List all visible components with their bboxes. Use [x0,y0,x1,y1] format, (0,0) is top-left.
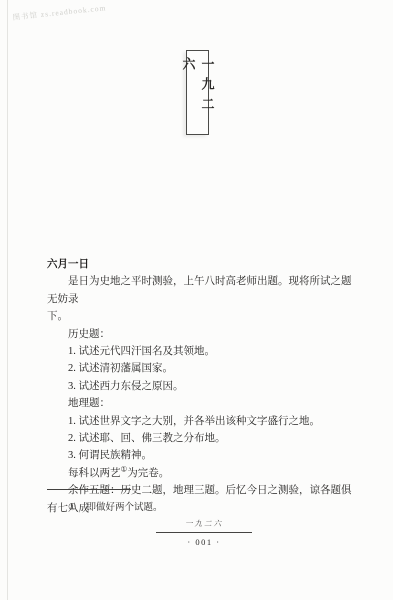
diary-date-heading: 六月一日 [47,256,359,273]
footnote-text: 即做好两个试题。 [87,503,163,513]
diary-line-post: 为完卷。 [127,468,169,479]
diary-line-with-footnote-ref: 每科以两艺①为完卷。 [47,465,359,482]
footnote-marker: ① [68,503,77,513]
diary-line-pre: 每科以两艺 [68,468,121,479]
diary-text-block: 六月一日 是日为史地之平时测验，上午八时高老师出题。现将所试之题无妨录 下。 历… [47,256,359,517]
footnote: ①即做好两个试题。 [47,499,163,513]
diary-line: 3. 何谓民族精神。 [47,447,359,464]
diary-section-label-geography: 地理题： [47,395,359,412]
year-plate-text: 一九二六 [179,51,217,134]
scan-edge-line [7,0,8,600]
diary-line: 2. 试述耶、回、佛三教之分布地。 [47,430,359,447]
page-number: · 001 · [156,537,252,547]
diary-line: 1. 试述元代四汗国名及其领地。 [47,343,359,360]
diary-line: 下。 [47,308,359,325]
diary-line: 3. 试述西力东侵之原因。 [47,378,359,395]
watermark: 图书馆 zs.readbook.com [12,0,152,23]
diary-line: 2. 试述清初藩属国家。 [47,360,359,377]
year-plate: 一九二六 [186,50,209,135]
footer-year: 一九二六 [156,518,252,529]
diary-line: 1. 试述世界文字之大别，并各举出该种文字盛行之地。 [47,413,359,430]
diary-section-label-history: 历史题： [47,326,359,343]
footer-divider [156,532,252,533]
scanned-book-page: 图书馆 zs.readbook.com 一九二六 六月一日 是日为史地之平时测验… [0,0,393,600]
diary-line: 是日为史地之平时测验，上午八时高老师出题。现将所试之题无妨录 [47,273,359,308]
footnote-separator [47,489,131,490]
